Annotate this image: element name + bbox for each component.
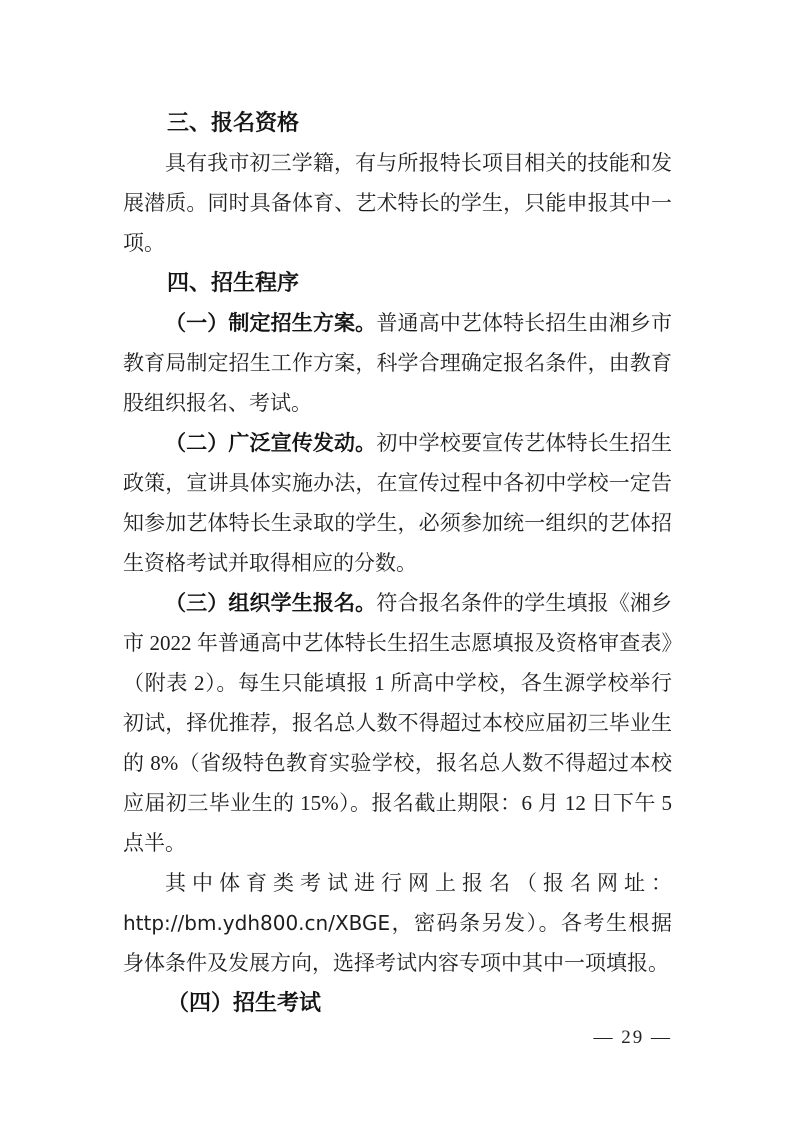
document-page: 三、报名资格 具有我市初三学籍，有与所报特长项目相关的技能和发展潜质。同时具备体… xyxy=(0,0,793,1122)
paragraph-qualification: 具有我市初三学籍，有与所报特长项目相关的技能和发展潜质。同时具备体育、艺术特长的… xyxy=(123,143,672,263)
paragraph-publicity: （二）广泛宣传发动。初中学校要宣传艺体特长生招生政策，宣讲具体实施办法，在宣传过… xyxy=(123,423,672,583)
paragraph-student-registration: （三）组织学生报名。符合报名条件的学生填报《湘乡市 2022 年普通高中艺体特长… xyxy=(123,583,672,863)
paragraph-text: 具有我市初三学籍，有与所报特长项目相关的技能和发展潜质。同时具备体育、艺术特长的… xyxy=(123,151,672,255)
subsection-heading-enrollment-exam: （四）招生考试 xyxy=(123,983,672,1023)
section-heading-registration-qualification: 三、报名资格 xyxy=(123,103,672,143)
paragraph-lead-label: （三）组织学生报名。 xyxy=(165,590,376,615)
paragraph-lead-label: （一）制定招生方案。 xyxy=(165,310,376,335)
paragraph-lead-label: （二）广泛宣传发动。 xyxy=(165,430,376,455)
paragraph-make-plan: （一）制定招生方案。普通高中艺体特长招生由湘乡市教育局制定招生工作方案，科学合理… xyxy=(123,303,672,423)
registration-url: http://bm.ydh800.cn/XBGE xyxy=(123,911,390,935)
section-heading-enrollment-procedure: 四、招生程序 xyxy=(123,263,672,303)
paragraph-online-registration: 其中体育类考试进行网上报名（报名网址：http://bm.ydh800.cn/X… xyxy=(123,863,672,983)
page-number: — 29 — xyxy=(594,1026,673,1050)
document-content: 三、报名资格 具有我市初三学籍，有与所报特长项目相关的技能和发展潜质。同时具备体… xyxy=(123,103,672,1023)
paragraph-text: 符合报名条件的学生填报《湘乡市 2022 年普通高中艺体特长生招生志愿填报及资格… xyxy=(123,591,672,855)
paragraph-text: 其中体育类考试进行网上报名（报名网址： xyxy=(165,871,672,895)
